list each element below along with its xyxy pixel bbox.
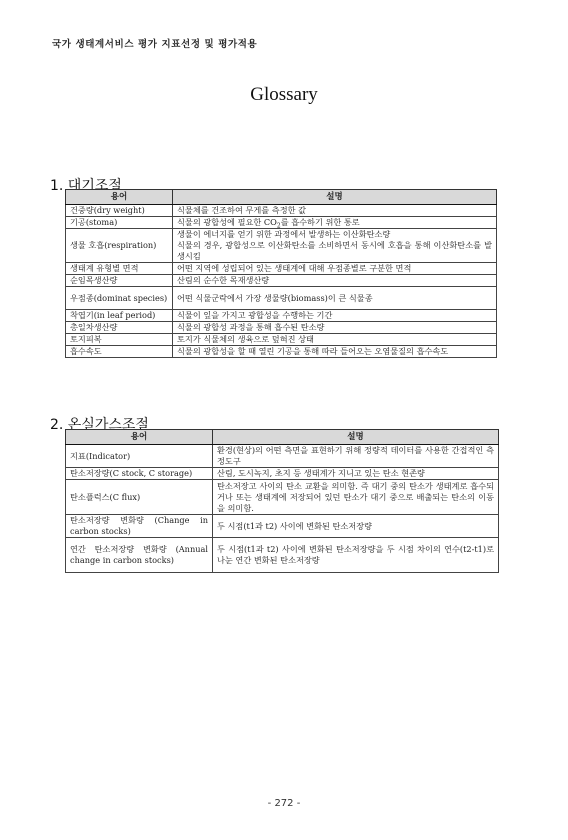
definition-cell: 두 시점(t1과 t2) 사이에 변화된 탄소저장량 xyxy=(213,515,499,538)
table-row: 탄소저장량 변화량 (Change in carbon stocks) 두 시점… xyxy=(66,515,499,538)
definition-cell: 식물의 광합성에 필요한 CO2를 흡수하기 위한 통로 xyxy=(173,217,497,229)
term-cell: 탄소저장량(C stock, C storage) xyxy=(66,468,213,480)
table-row: 지표(Indicator) 환경(현상)의 어떤 측면을 표현하기 위해 정량적… xyxy=(66,445,499,468)
table-row: 착엽기(in leaf period) 식물이 잎을 가지고 광합성을 수행하는… xyxy=(66,310,497,322)
term-cell: 탄소플럭스(C flux) xyxy=(66,480,213,515)
table-row: 총일차생산량 식물의 광합성 과정을 통해 흡수된 탄소량 xyxy=(66,322,497,334)
definition-cell: 탄소저장고 사이의 탄소 교환을 의미함. 즉 대기 중의 탄소가 생태계로 흡… xyxy=(213,480,499,515)
table-header-row: 용어 설명 xyxy=(66,190,497,205)
table-row: 탄소저장량(C stock, C storage) 산림, 도시녹지, 초지 등… xyxy=(66,468,499,480)
term-cell: 연간 탄소저장량 변화량 (Annual change in carbon st… xyxy=(66,538,213,573)
term-cell: 토지피복 xyxy=(66,334,173,346)
definition-line: 생물이 에너지를 얻기 위한 과정에서 발생하는 이산화탄소량 xyxy=(177,229,492,240)
table-row: 생물 호흡(respiration) 생물이 에너지를 얻기 위한 과정에서 발… xyxy=(66,229,497,263)
definition-cell: 식물의 광합성을 할 때 열린 기공을 통해 따라 들어오는 오염물질의 흡수속… xyxy=(173,346,497,358)
definition-cell: 산림, 도시녹지, 초지 등 생태계가 지니고 있는 탄소 현존량 xyxy=(213,468,499,480)
column-header-term: 용어 xyxy=(66,430,213,445)
table-row: 우점종(dominat species) 어떤 식물군락에서 가장 생물량(bi… xyxy=(66,287,497,310)
table-row: 연간 탄소저장량 변화량 (Annual change in carbon st… xyxy=(66,538,499,573)
term-cell: 우점종(dominat species) xyxy=(66,287,173,310)
table-header-row: 용어 설명 xyxy=(66,430,499,445)
term-cell: 흡수속도 xyxy=(66,346,173,358)
glossary-table-ghg-regulation: 용어 설명 지표(Indicator) 환경(현상)의 어떤 측면을 표현하기 … xyxy=(65,429,499,573)
definition-cell: 어떤 식물군락에서 가장 생물량(biomass)이 큰 식물종 xyxy=(173,287,497,310)
table-row: 생태계 유형별 면적 어떤 지역에 성립되어 있는 생태계에 대해 우점종별로 … xyxy=(66,263,497,275)
definition-line: 식물의 경우, 광합성으로 이산화탄소를 소비하면서 동시에 호흡을 통해 이산… xyxy=(177,240,492,262)
table-row: 탄소플럭스(C flux) 탄소저장고 사이의 탄소 교환을 의미함. 즉 대기… xyxy=(66,480,499,515)
running-head: 국가 생태계서비스 평가 지표선정 및 평가적용 xyxy=(52,36,257,50)
definition-cell: 두 시점(t1과 t2) 사이에 변화된 탄소저장량을 두 시점 차이의 연수(… xyxy=(213,538,499,573)
definition-cell: 산림의 순수한 목재생산량 xyxy=(173,275,497,287)
table-row: 순임목생산량 산림의 순수한 목재생산량 xyxy=(66,275,497,287)
definition-cell: 어떤 지역에 성립되어 있는 생태계에 대해 우점종별로 구분한 면적 xyxy=(173,263,497,275)
definition-cell: 식물의 광합성 과정을 통해 흡수된 탄소량 xyxy=(173,322,497,334)
table-row: 흡수속도 식물의 광합성을 할 때 열린 기공을 통해 따라 들어오는 오염물질… xyxy=(66,346,497,358)
glossary-table-air-regulation: 용어 설명 건중량(dry weight) 식물체를 건조하여 무게를 측정한 … xyxy=(65,189,497,358)
definition-cell: 토지가 식물체의 생육으로 덮혀진 상태 xyxy=(173,334,497,346)
column-header-definition: 설명 xyxy=(213,430,499,445)
page-title: Glossary xyxy=(0,84,568,106)
term-cell: 총일차생산량 xyxy=(66,322,173,334)
term-cell: 탄소저장량 변화량 (Change in carbon stocks) xyxy=(66,515,213,538)
definition-cell: 식물체를 건조하여 무게를 측정한 값 xyxy=(173,205,497,217)
term-cell: 기공(stoma) xyxy=(66,217,173,229)
term-cell: 착엽기(in leaf period) xyxy=(66,310,173,322)
page-number: - 272 - xyxy=(0,798,568,809)
term-cell: 건중량(dry weight) xyxy=(66,205,173,217)
definition-cell: 환경(현상)의 어떤 측면을 표현하기 위해 정량적 데이터를 사용한 간접적인… xyxy=(213,445,499,468)
column-header-definition: 설명 xyxy=(173,190,497,205)
term-cell: 생물 호흡(respiration) xyxy=(66,229,173,263)
table-row: 건중량(dry weight) 식물체를 건조하여 무게를 측정한 값 xyxy=(66,205,497,217)
table-row: 기공(stoma) 식물의 광합성에 필요한 CO2를 흡수하기 위한 통로 xyxy=(66,217,497,229)
definition-cell: 생물이 에너지를 얻기 위한 과정에서 발생하는 이산화탄소량 식물의 경우, … xyxy=(173,229,497,263)
definition-cell: 식물이 잎을 가지고 광합성을 수행하는 기간 xyxy=(173,310,497,322)
table-row: 토지피복 토지가 식물체의 생육으로 덮혀진 상태 xyxy=(66,334,497,346)
column-header-term: 용어 xyxy=(66,190,173,205)
term-cell: 순임목생산량 xyxy=(66,275,173,287)
term-cell: 생태계 유형별 면적 xyxy=(66,263,173,275)
term-cell: 지표(Indicator) xyxy=(66,445,213,468)
